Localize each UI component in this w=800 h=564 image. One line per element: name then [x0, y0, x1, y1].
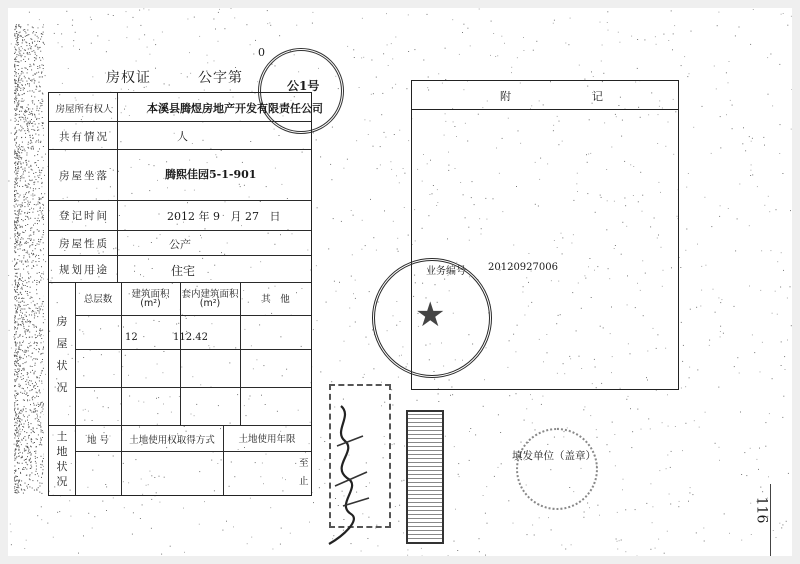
remarks-header-right: 记 [592, 88, 603, 104]
land-term-end: 止 [299, 473, 309, 487]
label-co-ownership: 共有情况 [51, 129, 117, 144]
house-status-side-label: 房 屋 状 况 [55, 311, 69, 399]
certificate-title: 房权证 [106, 67, 151, 87]
label-registration-date: 登记时间 [51, 208, 117, 223]
star-icon: ★ [415, 295, 445, 335]
label-planned-use: 规划用途 [51, 262, 117, 277]
value-location: 腾熙佳园5-1-901 [165, 166, 256, 182]
vertical-registration-seal [406, 410, 444, 544]
issuer-label: 填发单位（盖章） [512, 448, 596, 463]
land-term-to: 至 [299, 455, 309, 469]
scan-edge-shadow [14, 24, 44, 494]
col-land-term: 土地使用年限 [223, 431, 311, 445]
label-owner: 房屋所有权人 [51, 101, 117, 115]
col-other: 其 他 [240, 291, 311, 305]
value-property-nature: 公产 [169, 236, 191, 252]
scanned-certificate-page: 房权证 公字第 0 公1号 房屋所有权人 共有情况 房屋坐落 登记时间 房屋性质… [8, 8, 792, 556]
col-land-acquisition: 土地使用权取得方式 [121, 432, 223, 446]
value-co-ownership: 人 [177, 128, 188, 144]
page-edge-line [770, 484, 771, 556]
value-building-area: 112.42 [173, 332, 208, 343]
col-inner-area-unit: (m²) [180, 298, 240, 309]
value-registration-date: 2012 年 9 月 27 日 [167, 208, 280, 224]
value-planned-use: 住宅 [171, 262, 195, 279]
business-number: 20120927006 [488, 262, 558, 273]
remarks-header: 附 记 [412, 81, 678, 110]
value-owner: 本溪县腾煜房地产开发有限责任公司 [147, 100, 323, 116]
certificate-prefix: 公字第 [198, 67, 243, 87]
issuer-seal [516, 428, 598, 510]
handwritten-signature [323, 386, 381, 546]
signature-seal-box [329, 384, 391, 528]
official-seal: ★ [372, 258, 492, 378]
col-total-floors: 总层数 [75, 291, 121, 305]
label-location: 房屋坐落 [51, 168, 117, 183]
label-property-nature: 房屋性质 [51, 236, 117, 251]
property-info-table: 房屋所有权人 共有情况 房屋坐落 登记时间 房屋性质 规划用途 本溪县腾煜房地产… [48, 92, 312, 496]
page-number: 116 [753, 497, 769, 524]
value-total-floors: 12 [125, 332, 138, 343]
col-building-area-unit: (m²) [121, 298, 180, 309]
remarks-header-left: 附 [500, 88, 511, 104]
land-status-side-label: 土 地 状 况 [55, 429, 69, 489]
col-land-number: 地 号 [75, 432, 121, 446]
certificate-number-mark: 0 [258, 46, 265, 59]
